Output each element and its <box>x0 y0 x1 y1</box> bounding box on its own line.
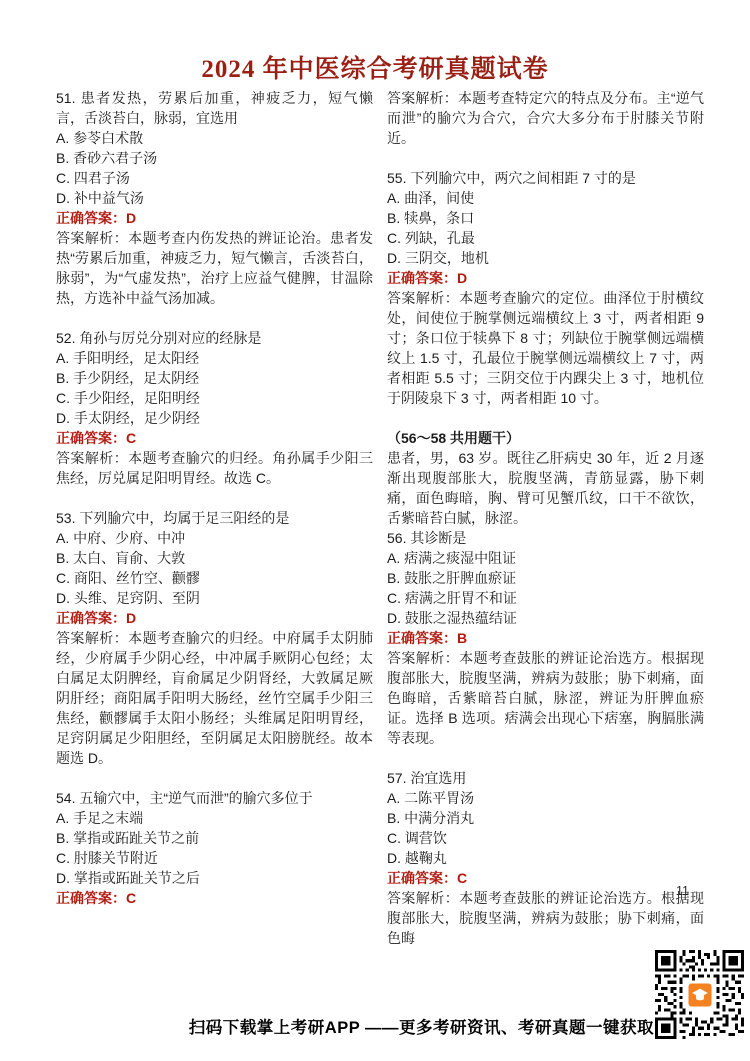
answer-label: 正确答案： <box>56 430 126 446</box>
question-51: 51. 患者发热，劳累后加重，神疲乏力，短气懒言，舌淡苔白，脉弱，宜选用 A. … <box>56 88 373 308</box>
answer-analysis: 答案解析：本题考查鼓胀的辨证论治选方。根据现腹部胀大，脘腹坚满，辨病为鼓胀；胁下… <box>387 648 704 748</box>
question-52: 52. 角孙与厉兑分别对应的经脉是 A. 手阳明经，足太阳经 B. 手少阴经，足… <box>56 328 373 488</box>
correct-answer: 正确答案：C <box>56 428 373 448</box>
question-stem: 52. 角孙与厉兑分别对应的经脉是 <box>56 328 373 348</box>
page-title: 2024 年中医综合考研真题试卷 <box>0 55 750 85</box>
option-d: D. 手太阴经，足少阴经 <box>56 408 373 428</box>
correct-answer: 正确答案：C <box>56 888 373 908</box>
question-54: 54. 五输穴中，主“逆气而泄”的腧穴多位于 A. 手足之末端 B. 掌指或跖趾… <box>56 788 373 908</box>
answer-value: D <box>457 270 467 286</box>
answer-label: 正确答案： <box>56 210 126 226</box>
option-d: D. 掌指或跖趾关节之后 <box>56 868 373 888</box>
correct-answer: 正确答案：D <box>56 608 373 628</box>
answer-analysis: 答案解析：本题考查特定穴的特点及分布。主“逆气而泄”的腧穴为合穴，合穴大多分布于… <box>387 88 704 148</box>
answer-value: D <box>126 610 136 626</box>
answer-value: C <box>126 430 136 446</box>
answer-analysis: 答案解析：本题考查腧穴的归经。角孙属手少阳三焦经，厉兑属足阳明胃经。故选 C。 <box>56 448 373 488</box>
option-a: A. 参苓白术散 <box>56 128 373 148</box>
option-b: B. 鼓胀之肝脾血瘀证 <box>387 568 704 588</box>
question-stem: 55. 下列腧穴中，两穴之间相距 7 寸的是 <box>387 168 704 188</box>
correct-answer: 正确答案：B <box>387 628 704 648</box>
answer-analysis: 答案解析：本题考查内伤发热的辨证论治。患者发热“劳累后加重，神疲乏力，短气懒言，… <box>56 228 373 308</box>
graduation-cap-icon <box>690 985 709 1004</box>
option-b: B. 中满分消丸 <box>387 808 704 828</box>
page-number: 11 <box>676 884 689 898</box>
option-a: A. 手阳明经，足太阳经 <box>56 348 373 368</box>
option-b: B. 掌指或跖趾关节之前 <box>56 828 373 848</box>
case-stem: 患者，男，63 岁。既往乙肝病史 30 年，近 2 月逐渐出现腹部胀大，脘腹坚满… <box>387 448 704 528</box>
option-b: B. 太白、肓俞、大敦 <box>56 548 373 568</box>
option-a: A. 二陈平胃汤 <box>387 788 704 808</box>
answer-value: B <box>457 630 467 646</box>
option-c: C. 四君子汤 <box>56 168 373 188</box>
answer-label: 正确答案： <box>387 630 457 646</box>
answer-value: D <box>126 210 136 226</box>
answer-analysis: 答案解析：本题考查腧穴的定位。曲泽位于肘横纹处，间使位于腕掌侧远端横纹上 3 寸… <box>387 288 704 408</box>
question-stem: 51. 患者发热，劳累后加重，神疲乏力，短气懒言，舌淡苔白，脉弱，宜选用 <box>56 88 373 128</box>
answer-analysis: 答案解析：本题考查腧穴的归经。中府属手太阴肺经，少府属手少阴心经，中冲属手厥阴心… <box>56 628 373 768</box>
right-column: 答案解析：本题考查特定穴的特点及分布。主“逆气而泄”的腧穴为合穴，合穴大多分布于… <box>387 88 704 948</box>
question-55: 55. 下列腧穴中，两穴之间相距 7 寸的是 A. 曲泽，间使 B. 犊鼻，条口… <box>387 168 704 408</box>
option-c: C. 商阳、丝竹空、颧髎 <box>56 568 373 588</box>
answer-label: 正确答案： <box>56 890 126 906</box>
case-block-56-58: （56～58 共用题干） 患者，男，63 岁。既往乙肝病史 30 年，近 2 月… <box>387 428 704 528</box>
question-stem: 57. 治宜选用 <box>387 768 704 788</box>
option-d: D. 补中益气汤 <box>56 188 373 208</box>
case-header: （56～58 共用题干） <box>387 428 704 448</box>
question-stem: 56. 其诊断是 <box>387 528 704 548</box>
question-57: 57. 治宜选用 A. 二陈平胃汤 B. 中满分消丸 C. 调营饮 D. 越鞠丸… <box>387 768 704 948</box>
correct-answer: 正确答案：D <box>387 268 704 288</box>
answer-value: C <box>126 890 136 906</box>
correct-answer: 正确答案：C <box>387 868 704 888</box>
question-53: 53. 下列腧穴中，均属于足三阳经的是 A. 中府、少府、中冲 B. 太白、肓俞… <box>56 508 373 768</box>
option-a: A. 中府、少府、中冲 <box>56 528 373 548</box>
option-c: C. 痞满之肝胃不和证 <box>387 588 704 608</box>
option-a: A. 曲泽，间使 <box>387 188 704 208</box>
option-c: C. 调营饮 <box>387 828 704 848</box>
option-c: C. 列缺，孔最 <box>387 228 704 248</box>
option-b: B. 手少阴经，足太阴经 <box>56 368 373 388</box>
qr-center-logo <box>686 981 713 1008</box>
option-d: D. 鼓胀之湿热蕴结证 <box>387 608 704 628</box>
exam-paper-page: { "page": { "title": "2024 年中医综合考研真题试卷",… <box>0 0 750 1061</box>
answer-label: 正确答案： <box>56 610 126 626</box>
question-54-analysis: 答案解析：本题考查特定穴的特点及分布。主“逆气而泄”的腧穴为合穴，合穴大多分布于… <box>387 88 704 148</box>
answer-analysis: 答案解析：本题考查鼓胀的辨证论治选方。根据现腹部胀大，脘腹坚满，辨病为鼓胀；胁下… <box>387 888 704 948</box>
option-d: D. 头维、足窍阴、至阴 <box>56 588 373 608</box>
option-a: A. 痞满之痰湿中阻证 <box>387 548 704 568</box>
answer-label: 正确答案： <box>387 270 457 286</box>
option-c: C. 肘膝关节附近 <box>56 848 373 868</box>
option-d: D. 越鞠丸 <box>387 848 704 868</box>
footer-promo-text: 扫码下载掌上考研APP ——更多考研资讯、考研真题一键获取 <box>189 1014 654 1038</box>
question-stem: 53. 下列腧穴中，均属于足三阳经的是 <box>56 508 373 528</box>
option-b: B. 犊鼻，条口 <box>387 208 704 228</box>
question-56: 56. 其诊断是 A. 痞满之痰湿中阻证 B. 鼓胀之肝脾血瘀证 C. 痞满之肝… <box>387 528 704 748</box>
answer-label: 正确答案： <box>387 870 457 886</box>
option-c: C. 手少阳经，足阳明经 <box>56 388 373 408</box>
question-stem: 54. 五输穴中，主“逆气而泄”的腧穴多位于 <box>56 788 373 808</box>
option-d: D. 三阴交，地机 <box>387 248 704 268</box>
left-column: 51. 患者发热，劳累后加重，神疲乏力，短气懒言，舌淡苔白，脉弱，宜选用 A. … <box>56 88 373 908</box>
option-b: B. 香砂六君子汤 <box>56 148 373 168</box>
qr-code <box>655 950 744 1039</box>
answer-value: C <box>457 870 467 886</box>
correct-answer: 正确答案：D <box>56 208 373 228</box>
option-a: A. 手足之末端 <box>56 808 373 828</box>
